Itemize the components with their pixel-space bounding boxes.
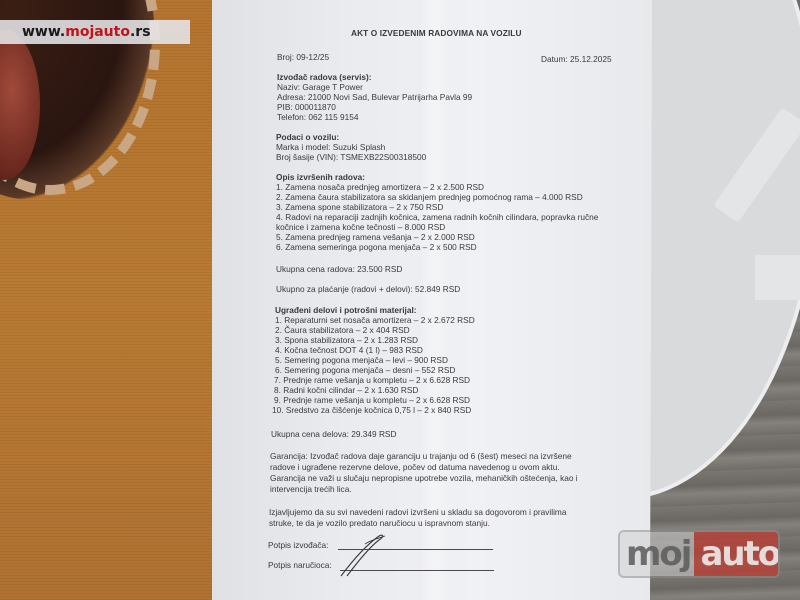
website-watermark: www.mojauto.rs <box>0 20 190 44</box>
contractor-pib: PIB: 000011870 <box>277 102 336 112</box>
works-total: Ukupna cena radova: 23.500 RSD <box>276 264 402 274</box>
vehicle-model: Marka i model: Suzuki Splash <box>276 142 385 152</box>
mojauto-logo-watermark: moj auto <box>618 530 780 578</box>
signature-contractor-label: Potpis izvođača: <box>268 540 328 550</box>
works-item: 6. Zamena semeringa pogona menjača – 2 x… <box>276 242 477 252</box>
warranty-line: intervencija trećih lica. <box>270 484 352 494</box>
parts-item: 4. Kočna tečnost DOT 4 (1 l) – 983 RSD <box>275 345 423 355</box>
works-item: kočnice i zamena kočne tečnosti – 8.000 … <box>276 222 445 232</box>
parts-item: 10. Sredstvo za čišćenje kočnica 0,75 l … <box>272 405 471 415</box>
parts-item: 2. Čaura stabilizatora – 2 x 404 RSD <box>275 325 410 335</box>
warranty-line: Garancija: Izvođač radova daje garanciju… <box>270 451 572 461</box>
parts-item: 8. Radni kočni cilindar – 2 x 1.630 RSD <box>274 385 418 395</box>
logo-left-text: moj <box>620 532 694 576</box>
contractor-phone: Telefon: 062 115 9154 <box>277 112 359 122</box>
contractor-address: Adresa: 21000 Novi Sad, Bulevar Patrijar… <box>277 92 472 102</box>
handwritten-signature <box>335 530 395 580</box>
document-title: AKT O IZVEDENIM RADOVIMA NA VOZILU <box>351 28 522 38</box>
declaration-line: struke, te da je vozilo predato naručioc… <box>269 518 490 528</box>
url-suffix: .rs <box>130 24 151 40</box>
document-number: Broj: 09-12/25 <box>277 52 329 62</box>
warranty-line: radove i ugrađene rezervne delove, počev… <box>270 462 560 472</box>
signature-client-label: Potpis naručioca: <box>268 560 332 570</box>
work-order-document: AKT O IZVEDENIM RADOVIMA NA VOZILU Broj:… <box>0 0 800 600</box>
parts-item: 7. Prednje rame vešanja u kompletu – 2 x… <box>274 375 470 385</box>
works-item: 5. Zamena prednjeg ramena vešanja – 2 x … <box>276 232 475 242</box>
parts-total: Ukupna cena delova: 29.349 RSD <box>271 429 396 439</box>
url-prefix: www. <box>22 24 65 40</box>
parts-item: 6. Semering pogona menjača – desni – 552… <box>275 365 455 375</box>
document-date: Datum: 25.12.2025 <box>541 54 612 64</box>
parts-item: 5. Semering pogona menjača – levi – 900 … <box>275 355 448 365</box>
warranty-line: Garancija ne važi u slučaju nepropisne u… <box>270 473 578 483</box>
contractor-heading: Izvođač radova (servis): <box>277 72 372 82</box>
works-item: 2. Zamena čaura stabilizatora sa skidanj… <box>276 192 583 202</box>
works-item: 4. Radovi na reparaciji zadnjih kočnica,… <box>276 212 598 222</box>
works-item: 3. Zamena spone stabilizatora – 2 x 750 … <box>276 202 443 212</box>
contractor-name: Naziv: Garage T Power <box>277 82 363 92</box>
works-heading: Opis izvršenih radova: <box>276 172 365 182</box>
parts-item: 3. Spona stabilizatora – 2 x 1.283 RSD <box>275 335 418 345</box>
logo-right-text: auto <box>694 532 780 576</box>
works-item: 1. Zamena nosača prednjeg amortizera – 2… <box>276 182 484 192</box>
url-brand: mojauto <box>65 24 130 40</box>
parts-heading: Ugrađeni delovi i potrošni materijal: <box>275 305 417 315</box>
declaration-line: Izjavljujemo da su svi navedeni radovi i… <box>269 507 566 517</box>
grand-total: Ukupno za plaćanje (radovi + delovi): 52… <box>276 284 460 294</box>
parts-item: 1. Reparaturni set nosača amortizera – 2… <box>275 315 475 325</box>
vehicle-vin: Broj šasije (VIN): TSMEXB22S00318500 <box>276 152 426 162</box>
vehicle-heading: Podaci o vozilu: <box>276 132 339 142</box>
parts-item: 9. Prednje rame vešanja u kompletu – 2 x… <box>274 395 470 405</box>
